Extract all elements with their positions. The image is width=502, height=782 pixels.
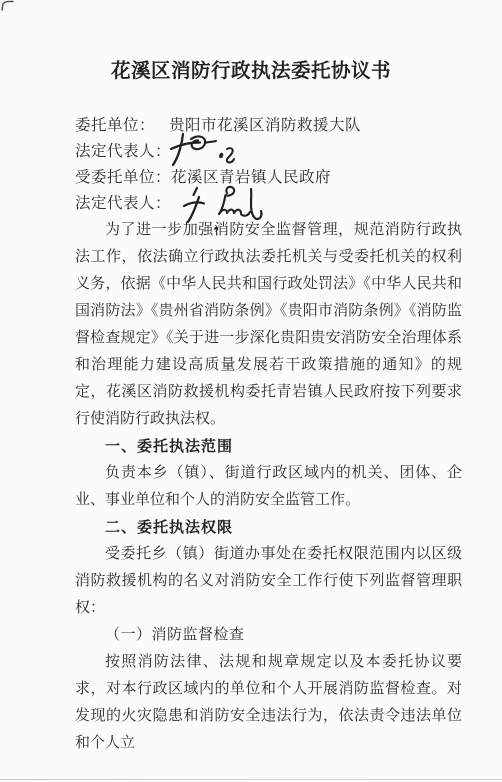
scan-bottom-edge-artifact: [0, 779, 502, 781]
section-2-item-1-heading: （一）消防监督检查: [75, 622, 462, 649]
entrusting-unit-value: 贵阳市花溪区消防救援大队: [169, 117, 361, 134]
document-title: 花溪区消防行政执法委托协议书: [0, 57, 502, 87]
intro-paragraph: 为了进一步加强消防安全监督管理，规范消防行政执法工作，依法确立行政执法委托机关与…: [75, 217, 462, 433]
entrusted-unit-line: 受委托单位：花溪区青岩镇人民政府: [75, 165, 502, 191]
entrusted-unit-label: 受委托单位：: [75, 169, 171, 186]
legal-representative-line-1: 法定代表人：: [75, 139, 502, 165]
section-1-text: 负责本乡（镇）、街道行政区域内的机关、团体、企业、事业单位和个人的消防安全监管工…: [75, 460, 462, 514]
scanned-document-page: 花溪区消防行政执法委托协议书 委托单位：贵阳市花溪区消防救援大队 法定代表人： …: [0, 0, 502, 782]
legal-representative-label-1: 法定代表人：: [75, 143, 171, 160]
section-2-heading: 二、委托执法权限: [75, 514, 462, 541]
legal-representative-label-2: 法定代表人：: [75, 195, 171, 212]
legal-representative-line-2: 法定代表人：: [75, 191, 502, 217]
entrusting-unit-label: 委托单位：: [75, 117, 155, 134]
section-2-intro: 受委托乡（镇）街道办事处在委托权限范围内以区级消防救援机构的名义对消防安全工作行…: [75, 541, 462, 622]
scan-corner-artifact: [0, 0, 16, 12]
document-body: 为了进一步加强消防安全监督管理，规范消防行政执法工作，依法确立行政执法委托机关与…: [75, 217, 462, 757]
entrusted-unit-value: 花溪区青岩镇人民政府: [171, 169, 331, 186]
section-2-item-1-text: 按照消防法律、法规和规章规定以及本委托协议要求，对本行政区域内的单位和个人开展消…: [75, 649, 462, 757]
section-1-heading: 一、委托执法范围: [75, 433, 462, 460]
entrusting-unit-line: 委托单位：贵阳市花溪区消防救援大队: [75, 113, 502, 139]
parties-block: 委托单位：贵阳市花溪区消防救援大队 法定代表人： 受委托单位：花溪区青岩镇人民政…: [75, 113, 502, 217]
